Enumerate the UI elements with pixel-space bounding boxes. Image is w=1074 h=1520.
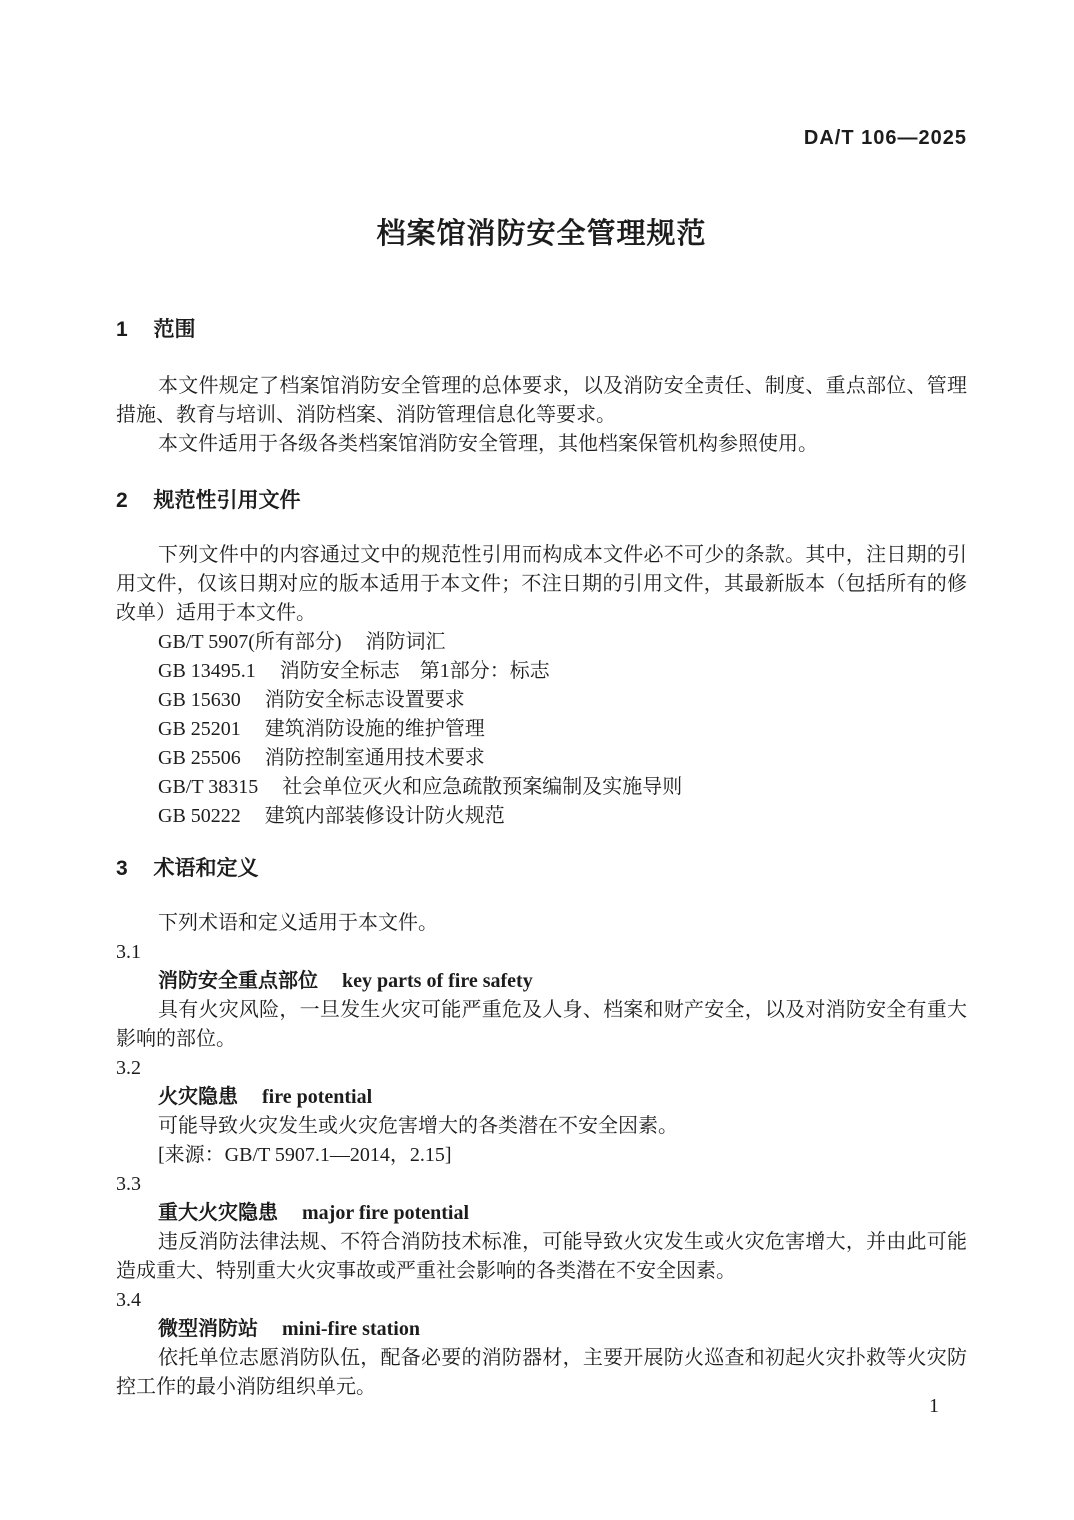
term-name-en: mini-fire station [282,1318,420,1340]
term-block: 3.3 重大火灾隐患major fire potential 违反消防法律法规、… [116,1170,967,1286]
reference-code: GB 15630 [158,689,241,711]
term-clause-number: 3.3 [116,1170,967,1199]
section-2-title: 规范性引用文件 [154,489,301,513]
reference-code: GB 13495.1 [158,660,256,682]
term-name-zh: 消防安全重点部位 [158,970,318,992]
page-number: 1 [922,1394,946,1418]
reference-item: GB 13495.1消防安全标志 第1部分：标志 [116,657,967,686]
term-heading: 微型消防站mini-fire station [116,1315,967,1344]
section-3-heading: 3 术语和定义 [116,857,967,881]
term-heading: 消防安全重点部位key parts of fire safety [116,967,967,996]
reference-title: 消防安全标志设置要求 [265,689,465,711]
reference-list: GB/T 5907(所有部分)消防词汇 GB 13495.1消防安全标志 第1部… [116,628,967,831]
reference-code: GB 50222 [158,805,241,827]
term-definition: 具有火灾风险，一旦发生火灾可能严重危及人身、档案和财产安全，以及对消防安全有重大… [116,996,967,1054]
term-name-zh: 微型消防站 [158,1318,258,1340]
reference-code: GB/T 38315 [158,776,258,798]
reference-code: GB 25201 [158,718,241,740]
term-heading: 火灾隐患fire potential [116,1083,967,1112]
section-1-paragraph-2: 本文件适用于各级各类档案馆消防安全管理，其他档案保管机构参照使用。 [116,430,967,459]
section-1-title: 范围 [154,318,196,342]
reference-item: GB/T 5907(所有部分)消防词汇 [116,628,967,657]
doc-code: DA/T 106—2025 [116,0,967,150]
term-source: [来源：GB/T 5907.1—2014，2.15] [116,1141,967,1170]
section-3-intro: 下列术语和定义适用于本文件。 [116,909,967,938]
section-2-number: 2 [116,489,128,513]
section-3-title: 术语和定义 [154,857,259,881]
reference-item: GB 25201建筑消防设施的维护管理 [116,715,967,744]
term-name-en: major fire potential [302,1202,469,1224]
reference-title: 消防安全标志 第1部分：标志 [280,660,550,682]
reference-title: 社会单位灭火和应急疏散预案编制及实施导则 [282,776,682,798]
reference-code: GB 25506 [158,747,241,769]
reference-item: GB 50222建筑内部装修设计防火规范 [116,802,967,831]
reference-item: GB 15630消防安全标志设置要求 [116,686,967,715]
term-block: 3.1 消防安全重点部位key parts of fire safety 具有火… [116,938,967,1054]
term-name-zh: 重大火灾隐患 [158,1202,278,1224]
reference-code: GB/T 5907(所有部分) [158,631,342,653]
section-3-number: 3 [116,857,128,881]
term-heading: 重大火灾隐患major fire potential [116,1199,967,1228]
term-block: 3.2 火灾隐患fire potential 可能导致火灾发生或火灾危害增大的各… [116,1054,967,1170]
reference-item: GB/T 38315社会单位灭火和应急疏散预案编制及实施导则 [116,773,967,802]
term-name-zh: 火灾隐患 [158,1086,238,1108]
term-name-en: key parts of fire safety [342,970,533,992]
reference-item: GB 25506消防控制室通用技术要求 [116,744,967,773]
term-clause-number: 3.1 [116,938,967,967]
page-content: DA/T 106—2025 档案馆消防安全管理规范 1 范围 本文件规定了档案馆… [0,0,1074,1402]
term-definition: 依托单位志愿消防队伍，配备必要的消防器材，主要开展防火巡查和初起火灾扑救等火灾防… [116,1344,967,1402]
section-2-heading: 2 规范性引用文件 [116,489,967,513]
term-name-en: fire potential [262,1086,372,1108]
section-2-intro: 下列文件中的内容通过文中的规范性引用而构成本文件必不可少的条款。其中，注日期的引… [116,541,967,628]
term-definition: 可能导致火灾发生或火灾危害增大的各类潜在不安全因素。 [116,1112,967,1141]
reference-title: 消防词汇 [366,631,446,653]
reference-title: 建筑消防设施的维护管理 [265,718,485,740]
section-1-number: 1 [116,318,128,342]
section-1-paragraph-1: 本文件规定了档案馆消防安全管理的总体要求，以及消防安全责任、制度、重点部位、管理… [116,372,967,430]
term-clause-number: 3.4 [116,1286,967,1315]
section-1-heading: 1 范围 [116,318,967,342]
term-clause-number: 3.2 [116,1054,967,1083]
document-page: DA/T 106—2025 档案馆消防安全管理规范 1 范围 本文件规定了档案馆… [0,0,1074,1520]
term-definition: 违反消防法律法规、不符合消防技术标准，可能导致火灾发生或火灾危害增大，并由此可能… [116,1228,967,1286]
reference-title: 消防控制室通用技术要求 [265,747,485,769]
doc-title: 档案馆消防安全管理规范 [116,214,967,254]
reference-title: 建筑内部装修设计防火规范 [265,805,505,827]
term-block: 3.4 微型消防站mini-fire station 依托单位志愿消防队伍，配备… [116,1286,967,1402]
